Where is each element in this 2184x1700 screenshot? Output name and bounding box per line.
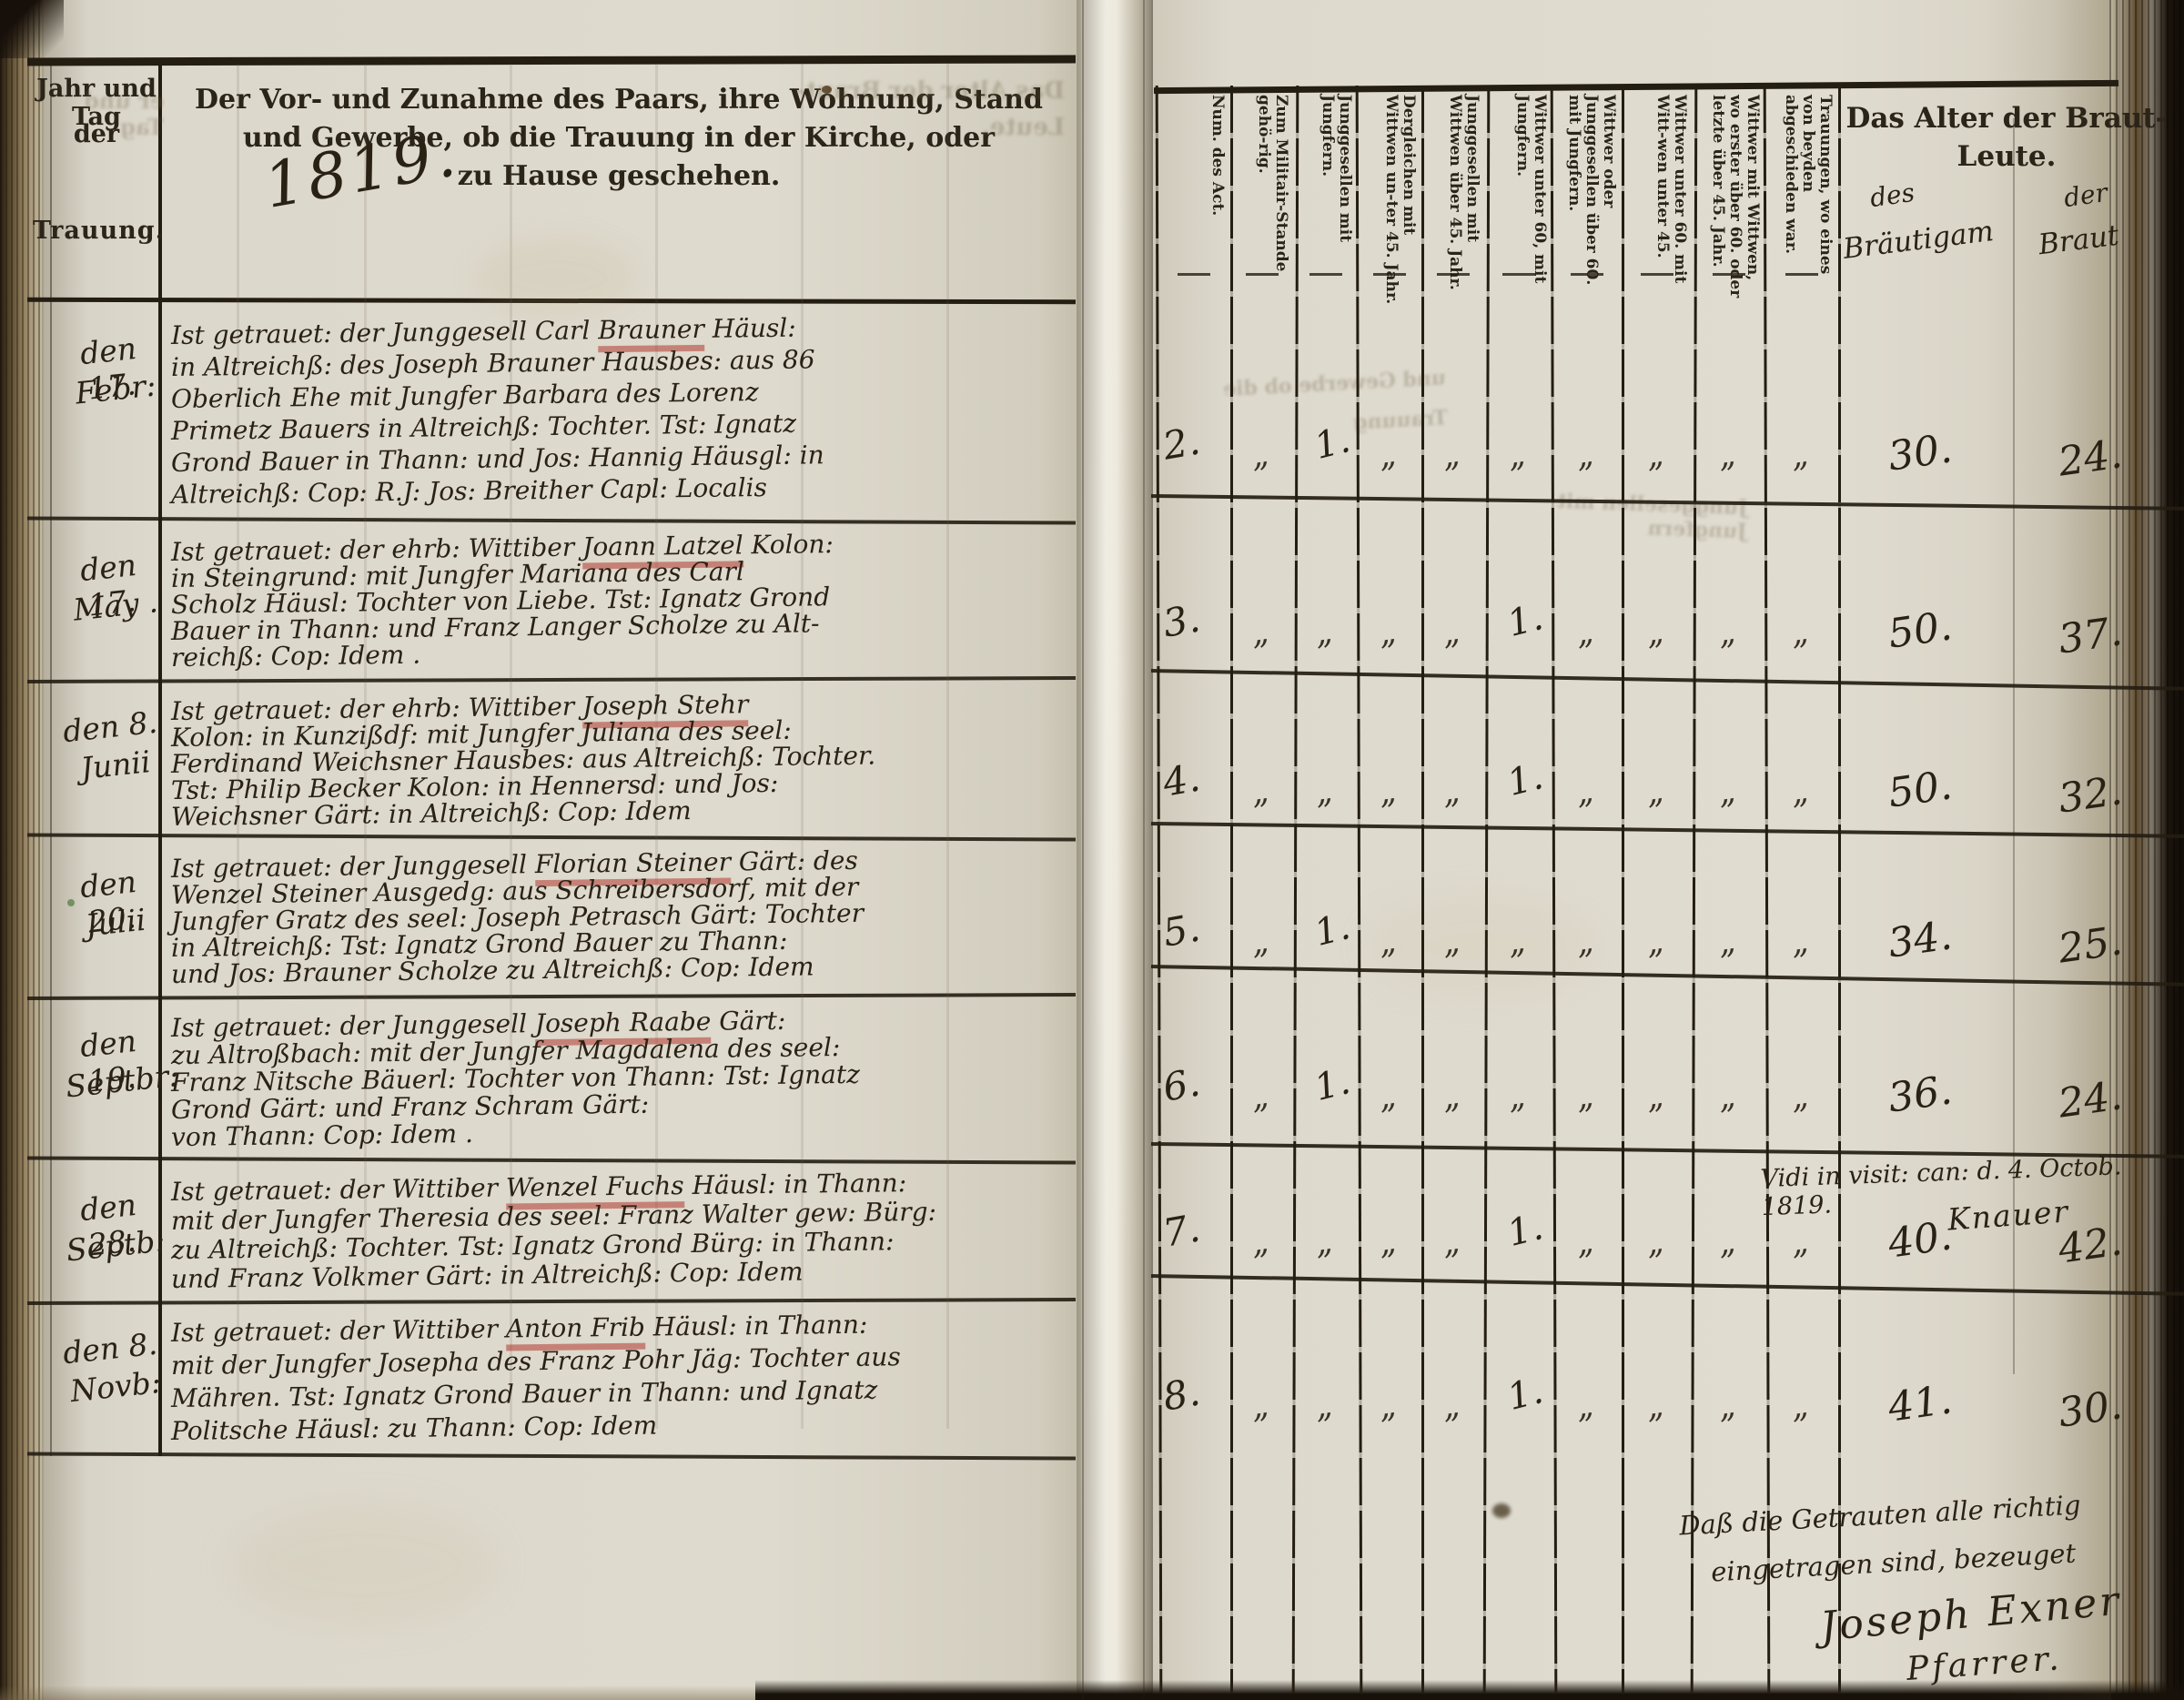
right-column-rule — [1838, 86, 1841, 1693]
age-groom-value: 41. — [1886, 1376, 1955, 1431]
column-header-under-dash — [1246, 273, 1279, 276]
left-col1-header-line3: Trauung. — [33, 217, 160, 245]
rotated-column-header: Dergleichen mit Wittwen un-ter 45. Jahr. — [1362, 95, 1417, 309]
column-header-under-dash — [1178, 273, 1210, 276]
age-bride-value: 42. — [2056, 1218, 2125, 1272]
right-book-cover-edge — [2109, 0, 2184, 1700]
rotated-column-header: Wittwer mit Wittwen, wo erster über 60. … — [1697, 95, 1761, 309]
rotated-column-header: Wittwer unter 60, mit Jungfern. — [1490, 95, 1548, 309]
age-bride-value: 25. — [2056, 917, 2125, 972]
bleedthrough-low: Junggesellen mit Jungfern — [1473, 487, 1748, 543]
column-header-under-dash — [1437, 273, 1470, 276]
age-bride-value: 24. — [2056, 430, 2125, 485]
age-groom-value: 34. — [1886, 912, 1955, 966]
column-header-under-dash — [1309, 273, 1342, 276]
age-groom-value: 50. — [1886, 762, 1955, 816]
register-book-spread: Jahr und Tag der Trauung. Der Vor- und Z… — [0, 0, 2184, 1700]
rotated-column-header: Trauungen, wo eines von beyden abgeschie… — [1770, 95, 1834, 309]
right-column-rule — [1421, 86, 1424, 1693]
age-header-line1: Das Alter der Braut- — [1838, 102, 2175, 135]
book-gutter-fold — [1077, 0, 1153, 1700]
column-header-under-dash — [1785, 273, 1818, 276]
rotated-column-header: Wittwer unter 60. mit Witt-wen unter 45. — [1626, 95, 1688, 309]
gutter-crease-left — [1082, 0, 1084, 1700]
left-page-curvature-shadow — [42, 0, 87, 1700]
column-header-under-dash — [1641, 273, 1673, 276]
paper-stain-2 — [1365, 892, 1602, 1001]
rotated-column-header: Junggesellen mit Wittwen über 45. Jahr. — [1426, 95, 1481, 309]
age-bride-value: 24. — [2056, 1072, 2125, 1127]
column-header-under-dash — [1373, 273, 1406, 276]
rotated-column-header: Num. des Act. — [1162, 95, 1226, 309]
age-groom-value: 50. — [1886, 602, 1955, 657]
bleedthrough-left-header: Das Alter der Braut- Leute. — [764, 73, 1065, 146]
paper-stain-3 — [227, 1502, 500, 1629]
left-page-block-edge — [0, 0, 44, 1700]
age-bride-value: 32. — [2056, 767, 2125, 822]
rotated-column-header: Zum Militair-Stande gehö-rig. — [1235, 95, 1289, 309]
bottom-left-page-stack — [0, 1685, 755, 1700]
left-outer-column-edge — [50, 58, 52, 1456]
right-column-rule — [1230, 86, 1233, 1693]
right-column-rule — [1622, 86, 1624, 1693]
age-bride-value: 30. — [2056, 1381, 2125, 1436]
age-sub-groom-line1: des — [1868, 177, 1916, 213]
age-header-line2: Leute. — [1838, 140, 2175, 173]
rotated-column-header: Wittwer oder Junggesellen über 60. mit J… — [1557, 95, 1617, 309]
gutter-crease-right — [1143, 0, 1145, 1700]
age-groom-value: 30. — [1886, 425, 1955, 480]
paper-stain-1 — [473, 237, 637, 319]
column-header-under-dash — [1713, 273, 1745, 276]
bleedthrough-left-date-col: er und Tag — [55, 87, 164, 140]
column-header-under-dash — [1502, 273, 1535, 276]
column-header-under-dash — [1571, 273, 1603, 276]
age-groom-value: 40. — [1886, 1212, 1955, 1267]
age-bride-value: 37. — [2056, 608, 2125, 663]
smudge-spot — [1492, 1503, 1511, 1518]
age-sub-bride-line1: der — [2062, 177, 2109, 213]
ink-speck — [822, 86, 832, 94]
rotated-column-header: Junggesellen mit Jungfern. — [1299, 95, 1353, 309]
age-groom-value: 36. — [1886, 1067, 1955, 1121]
